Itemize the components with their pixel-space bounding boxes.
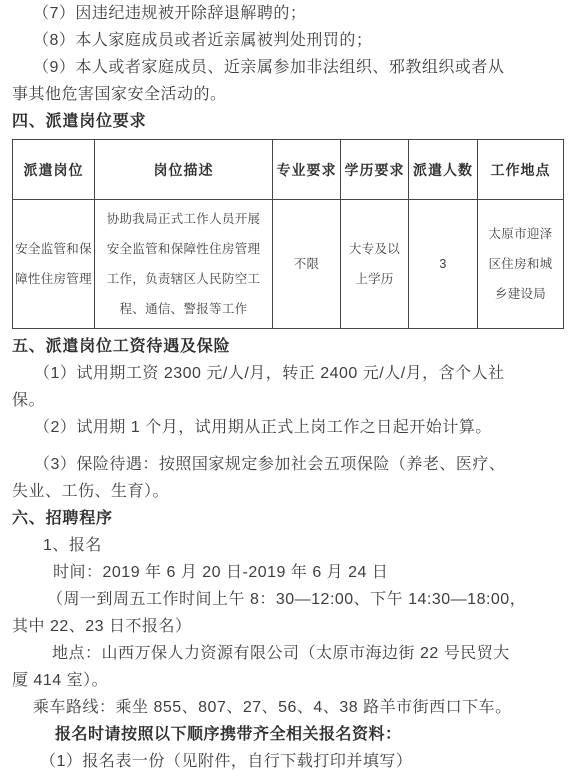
salary-item-1: （1）试用期工资 2300 元/人/月，转正 2400 元/人/月，含个人社 保… [12,360,557,414]
col-header-description: 岗位描述 [95,140,273,200]
cell-location: 太原市迎泽 区住房和城 乡建设局 [478,200,564,329]
registration-time: 时间：2019 年 6 月 20 日-2019 年 6 月 24 日 [12,559,557,586]
cell-position: 安全监管和保 障性住房管理 [13,200,95,329]
salary-item-3: （3）保险待遇：按照国家规定参加社会五项保险（养老、医疗、 失业、工伤、生育）。 [12,451,557,505]
cell-education: 大专及以 上学历 [341,200,409,329]
materials-note: 报名时请按照以下顺序携带齐全相关报名资料： [12,721,557,748]
section6-heading: 六、招聘程序 [12,505,557,532]
work-hours-note: （周一到周五工作时间上午 8：30—12:00、下午 14:30—18:00， … [12,586,557,640]
cell-headcount: 3 [409,200,478,329]
clause-9: （9）本人或者家庭成员、近亲属参加非法组织、邪教组织或者从 事其他危害国家安全活… [12,54,557,108]
cell-description: 协助我局正式工作人员开展 安全监管和保障性住房管理 工作，负责辖区人民防空工 程… [95,200,273,329]
clause-7: （7）因违纪违规被开除辞退解聘的； [12,0,557,27]
col-header-education: 学历要求 [341,140,409,200]
col-header-location: 工作地点 [478,140,564,200]
material-item-1: （1）报名表一份（见附件，自行下载打印并填写） [12,748,557,775]
table-row: 安全监管和保 障性住房管理 协助我局正式工作人员开展 安全监管和保障性住房管理 … [13,200,564,329]
clause-8: （8）本人家庭成员或者近亲属被判处刑罚的； [12,27,557,54]
bus-route: 乘车路线：乘坐 855、807、27、56、4、38 路羊市街西口下车。 [12,694,557,721]
section4-heading: 四、派遣岗位要求 [12,108,557,135]
salary-item-2: （2）试用期 1 个月，试用期从正式上岗工作之日起开始计算。 [12,414,557,441]
requirements-table: 派遣岗位 岗位描述 专业要求 学历要求 派遣人数 工作地点 安全监管和保 障性住… [12,139,564,329]
col-header-major: 专业要求 [273,140,341,200]
table-header-row: 派遣岗位 岗位描述 专业要求 学历要求 派遣人数 工作地点 [13,140,564,200]
procedure-step-1: 1、报名 [12,532,557,559]
document-page: （7）因违纪违规被开除辞退解聘的； （8）本人家庭成员或者近亲属被判处刑罚的； … [0,0,569,775]
col-header-position: 派遣岗位 [13,140,95,200]
col-header-headcount: 派遣人数 [409,140,478,200]
registration-address: 地点：山西万保人力资源有限公司（太原市海边街 22 号民贸大 厦 414 室）。 [12,640,557,694]
cell-major: 不限 [273,200,341,329]
section5-heading: 五、派遣岗位工资待遇及保险 [12,333,557,360]
